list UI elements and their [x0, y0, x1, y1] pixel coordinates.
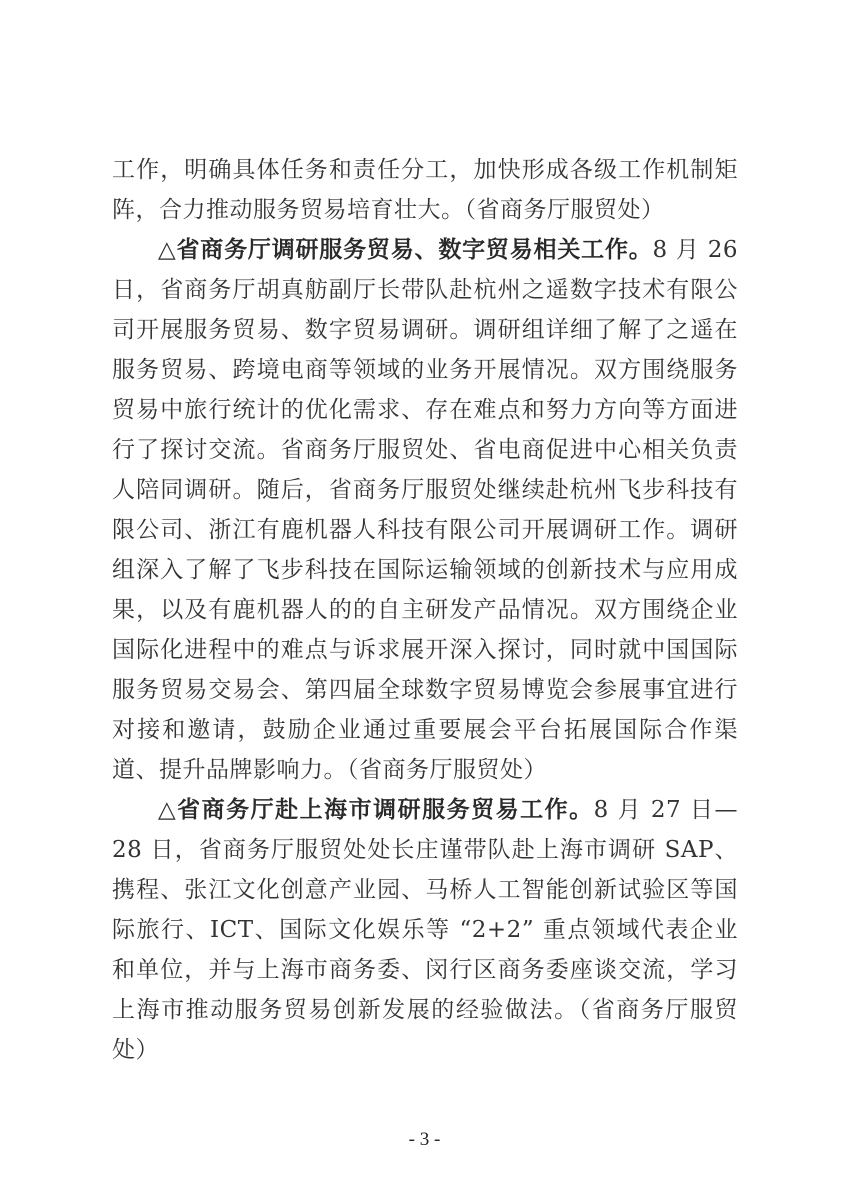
paragraph-item-2-heading: △省商务厅赴上海市调研服务贸易工作。 — [158, 796, 594, 823]
paragraph-item-1-heading: △省商务厅调研服务贸易、数字贸易相关工作。 — [158, 236, 653, 263]
paragraph-item-1-body: 8 月 26 日，省商务厅胡真舫副厅长带队赴杭州之遥数字技术有限公司开展服务贸易… — [112, 237, 738, 783]
page-content: 工作，明确具体任务和责任分工，加快形成各级工作机制矩阵，合力推动服务贸易培育壮大… — [112, 150, 738, 1070]
paragraph-continuation: 工作，明确具体任务和责任分工，加快形成各级工作机制矩阵，合力推动服务贸易培育壮大… — [112, 150, 738, 230]
document-page: 工作，明确具体任务和责任分工，加快形成各级工作机制矩阵，合力推动服务贸易培育壮大… — [0, 0, 849, 1200]
page-number: - 3 - — [0, 1128, 849, 1152]
paragraph-item-2-body: 8 月 27 日—28 日，省商务厅服贸处处长庄谨带队赴上海市调研 SAP、携程… — [112, 797, 738, 1063]
paragraph-item-1: △省商务厅调研服务贸易、数字贸易相关工作。8 月 26 日，省商务厅胡真舫副厅长… — [112, 230, 738, 790]
paragraph-item-2: △省商务厅赴上海市调研服务贸易工作。8 月 27 日—28 日，省商务厅服贸处处… — [112, 790, 738, 1070]
